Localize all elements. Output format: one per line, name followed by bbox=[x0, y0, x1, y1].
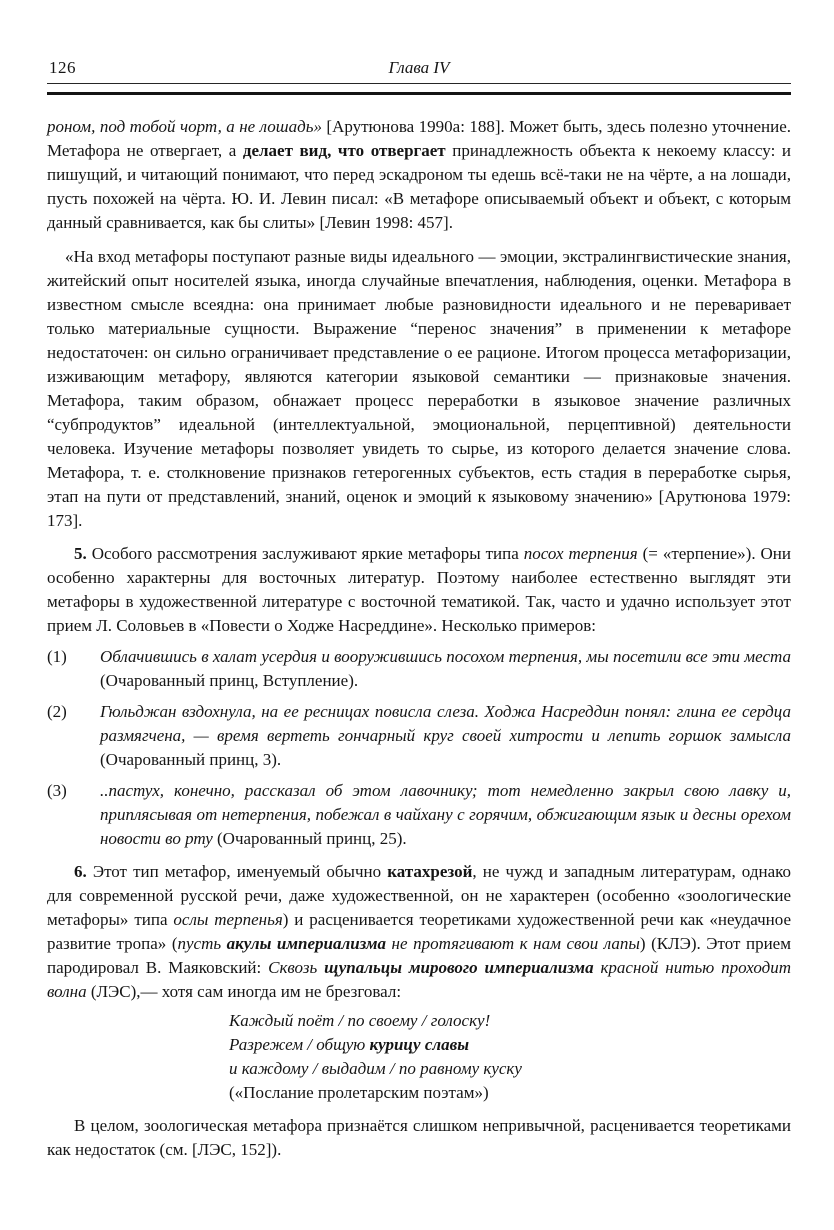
text-run: Каждый поёт / по своему / голоску! bbox=[229, 1011, 490, 1030]
text-run: (Очарованный принц, 3). bbox=[100, 750, 281, 769]
book-page: 126 Глава IV роном, под тобой чорт, а не… bbox=[0, 0, 834, 1230]
verse-line: Каждый поёт / по своему / голоску! bbox=[229, 1009, 791, 1033]
paragraph: В целом, зоологическая метафора признаёт… bbox=[47, 1114, 791, 1162]
verse-line: и каждому / выдадим / по равному куску bbox=[229, 1057, 791, 1081]
text-run: В целом, зоологическая метафора признаёт… bbox=[47, 1116, 791, 1159]
chapter-title: Глава IV bbox=[47, 56, 791, 80]
verse-line: («Послание пролетарским поэтам») bbox=[229, 1081, 791, 1105]
page-header: 126 Глава IV bbox=[47, 56, 791, 80]
paragraph: 5. Особого рассмотрения заслуживают ярки… bbox=[47, 542, 791, 638]
text-run: (ЛЭС),— хотя сам иногда им не брезговал: bbox=[87, 982, 402, 1001]
text-run: («Послание пролетарским поэтам») bbox=[229, 1083, 489, 1102]
example-item: (2)Гюльджан вздохнула, на ее ресницах по… bbox=[47, 700, 791, 772]
text-run: не протягивают к нам свои лапы bbox=[386, 934, 640, 953]
text-run: пусть bbox=[178, 934, 227, 953]
text-run: катахрезой bbox=[387, 862, 472, 881]
paragraph: роном, под тобой чорт, а не лошадь» [Ару… bbox=[47, 115, 791, 235]
example-text: Облачившись в халат усердия и вооруживши… bbox=[100, 645, 791, 693]
paragraph: «На вход метафоры поступают разные виды … bbox=[47, 245, 791, 533]
text-run: Этот тип метафор, именуемый обычно bbox=[87, 862, 387, 881]
example-marker: (3) bbox=[47, 779, 100, 851]
verse-line: Разрежем / общую курицу славы bbox=[229, 1033, 791, 1057]
header-rule-divider bbox=[47, 83, 791, 95]
text-run: курицу славы bbox=[370, 1035, 470, 1054]
text-run: (Очарованный принц, Вступление). bbox=[100, 671, 358, 690]
text-run: (Очарованный принц, 25). bbox=[213, 829, 407, 848]
text-run: щупальцы мирового империализма bbox=[324, 958, 594, 977]
example-text: ..пастух, конечно, рассказал об этом лав… bbox=[100, 779, 791, 851]
example-marker: (1) bbox=[47, 645, 100, 693]
text-run: делает вид, что отвергает bbox=[243, 141, 446, 160]
text-run: 5. bbox=[74, 544, 87, 563]
page-body: роном, под тобой чорт, а не лошадь» [Ару… bbox=[47, 115, 791, 1162]
text-run: ослы терпенья bbox=[173, 910, 282, 929]
text-run: 6. bbox=[74, 862, 87, 881]
text-run: роном, под тобой чорт, а не лошадь» bbox=[47, 117, 322, 136]
text-run: посох терпения bbox=[524, 544, 638, 563]
text-run: Сквозь bbox=[268, 958, 324, 977]
text-run: Облачившись в халат усердия и вооруживши… bbox=[100, 647, 791, 666]
text-run: «На вход метафоры поступают разные виды … bbox=[47, 247, 791, 530]
example-item: (1)Облачившись в халат усердия и вооружи… bbox=[47, 645, 791, 693]
example-text: Гюльджан вздохнула, на ее ресницах повис… bbox=[100, 700, 791, 772]
text-run: Разрежем / общую bbox=[229, 1035, 370, 1054]
text-run: Особого рассмотрения заслуживают яркие м… bbox=[87, 544, 524, 563]
text-run: Гюльджан вздохнула, на ее ресницах повис… bbox=[100, 702, 791, 745]
example-item: (3)..пастух, конечно, рассказал об этом … bbox=[47, 779, 791, 851]
text-run: и каждому / выдадим / по равному куску bbox=[229, 1059, 522, 1078]
example-marker: (2) bbox=[47, 700, 100, 772]
text-run: акулы империализма bbox=[227, 934, 386, 953]
paragraph: 6. Этот тип метафор, именуемый обычно ка… bbox=[47, 860, 791, 1004]
text-run: ..пастух, конечно, рассказал об этом лав… bbox=[100, 781, 791, 848]
verse-block: Каждый поёт / по своему / голоску!Разреж… bbox=[229, 1009, 791, 1105]
